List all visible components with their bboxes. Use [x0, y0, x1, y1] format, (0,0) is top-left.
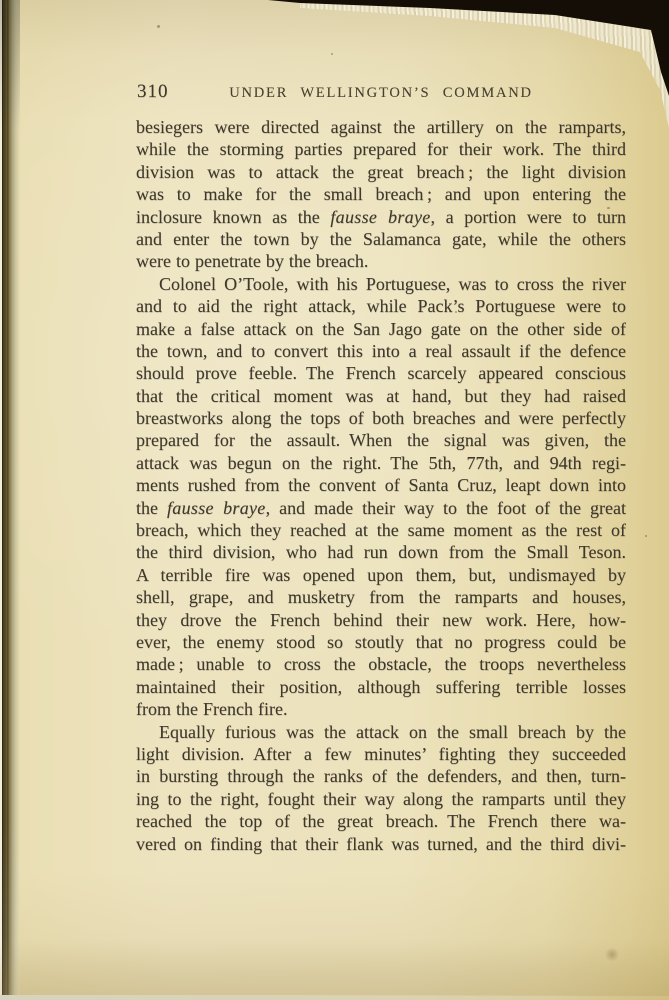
text-line: made ; unable to cross the obstacle, the… [136, 653, 626, 675]
bottom-edge-highlight [0, 995, 669, 1000]
page-content: 310 UNDER WELLINGTON’S COMMAND besiegers… [136, 81, 626, 855]
text-block: besiegers were directed against the arti… [136, 116, 626, 855]
page-smudge [604, 948, 620, 961]
text-line: ever, the enemy stood so stoutly that no… [136, 631, 626, 653]
scanned-page: 310 UNDER WELLINGTON’S COMMAND besiegers… [0, 0, 669, 1000]
text-line: ments rushed from the convent of Santa C… [136, 474, 626, 496]
text-line: the third division, who had run down fro… [136, 541, 626, 563]
text-line: prepared for the assault. When the signa… [136, 429, 626, 451]
text-line: division was to attack the great breach … [136, 161, 626, 183]
text-line: vered on finding that their flank was tu… [136, 833, 626, 855]
text-line: ing to the right, fought their way along… [136, 788, 626, 810]
text-line: light division. After a few minutes’ fig… [136, 743, 626, 765]
page-speck [645, 535, 647, 537]
text-line: maintained their position, although suff… [136, 676, 626, 698]
page-speck [157, 25, 160, 28]
binding-edge [0, 0, 20, 1000]
text-line: A terrible fire was opened upon them, bu… [136, 564, 626, 586]
text-line: were to penetrate by the breach. [136, 250, 626, 272]
text-line: and enter the town by the Salamanca gate… [136, 228, 626, 250]
text-line: make a false attack on the San Jago gate… [136, 318, 626, 340]
text-line: reached the top of the great breach. The… [136, 810, 626, 832]
text-line: from the French fire. [136, 698, 626, 720]
bottom-shading [0, 938, 669, 996]
text-line: in bursting through the ranks of the def… [136, 765, 626, 787]
text-line: breastworks along the tops of both breac… [136, 407, 626, 429]
text-line: inclosure known as the fausse braye, a p… [136, 206, 626, 228]
text-line: and to aid the right attack, while Pack’… [136, 295, 626, 317]
text-line: while the storming parties prepared for … [136, 138, 626, 160]
text-line: that the critical moment was at hand, bu… [136, 385, 626, 407]
text-line: Colonel O’Toole, with his Portuguese, wa… [136, 273, 626, 295]
running-title: UNDER WELLINGTON’S COMMAND [136, 81, 626, 102]
text-line: breach, which they reached at the same m… [136, 519, 626, 541]
page-speck [331, 53, 333, 55]
text-line: should prove feeble. The French scarcely… [136, 362, 626, 384]
text-line: besiegers were directed against the arti… [136, 116, 626, 138]
text-line: Equally furious was the attack on the sm… [136, 721, 626, 743]
text-line: the fausse braye, and made their way to … [136, 497, 626, 519]
page-header: 310 UNDER WELLINGTON’S COMMAND [136, 81, 626, 103]
text-line: shell, grape, and musketry from the ramp… [136, 586, 626, 608]
text-line: attack was begun on the right. The 5th, … [136, 452, 626, 474]
page-number: 310 [137, 81, 169, 103]
text-line: the town, and to convert this into a rea… [136, 340, 626, 362]
text-line: they drove the French behind their new w… [136, 609, 626, 631]
text-line: was to make for the small breach ; and u… [136, 183, 626, 205]
